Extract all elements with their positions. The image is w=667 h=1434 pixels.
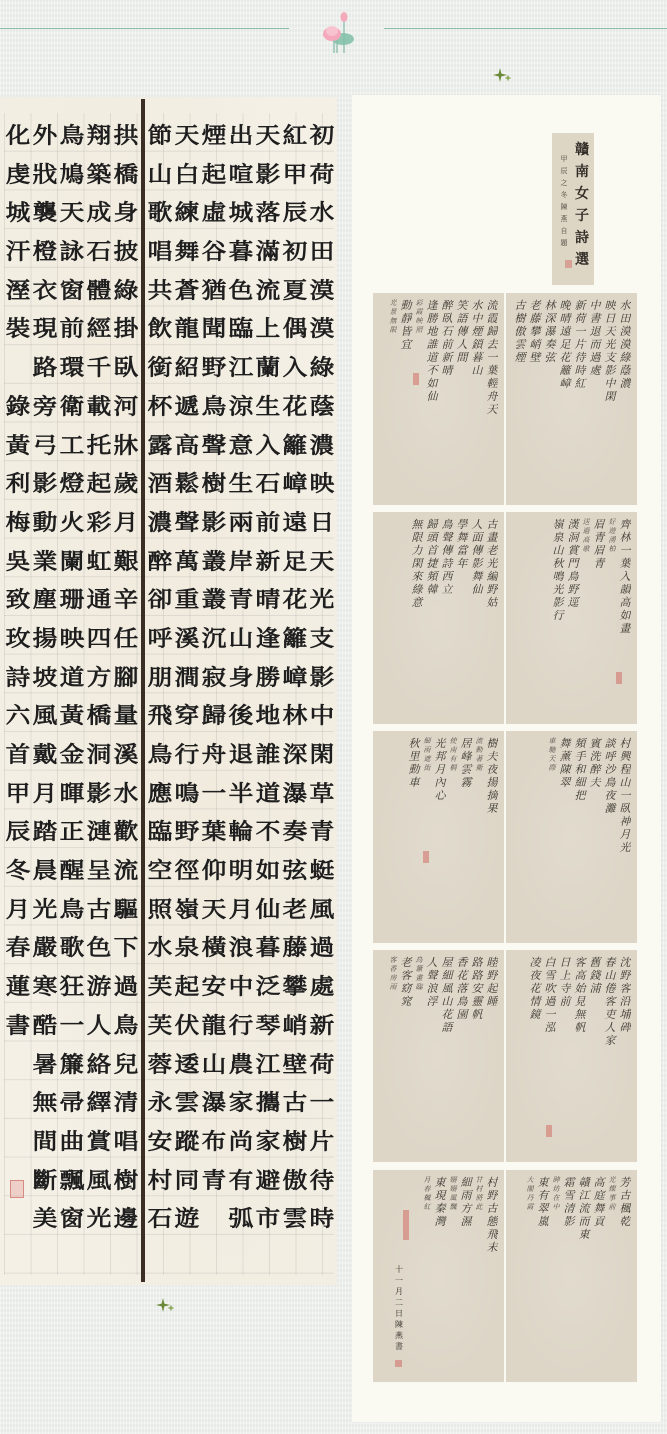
album-page-left: 流霞歸去一葉輕舟天水中煙鎖暮山笑語傳人間醉臥石前新晴逢勝地誰道不如仙彩霞映照動靜… xyxy=(373,293,504,505)
calligraphy-character: 月 xyxy=(229,891,254,930)
calligraphy-character: 徑 xyxy=(175,852,200,891)
album-page-right: 芳古楓乾光燦事前高庭舞貢贛江流而東霜雪清影碑坊在中東有翠嵐大閣丹霞 xyxy=(506,1170,637,1382)
cursive-text-column: 芳古楓乾 xyxy=(619,1176,631,1376)
red-seal-stamp xyxy=(10,1180,24,1198)
cursive-text-column: 東現秦灣 xyxy=(434,1176,446,1376)
cursive-text-column: 客香房雨 xyxy=(389,956,397,1156)
calligraphy-character: 光 xyxy=(87,1200,112,1239)
calligraphy-character: 江 xyxy=(256,1046,281,1085)
cursive-text-column: 霜雪清影 xyxy=(563,1176,575,1376)
calligraphy-character: 體 xyxy=(87,272,112,311)
title-label-strip: 贛南女子詩選 甲辰之冬陳燕自題 xyxy=(552,133,594,285)
calligraphy-character: 化 xyxy=(6,117,31,156)
calligraphy-character: 襲 xyxy=(33,194,58,233)
calligraphy-character: 賞 xyxy=(87,1123,112,1162)
calligraphy-character: 壁 xyxy=(283,1046,308,1085)
calligraphy-character: 煙 xyxy=(202,117,227,156)
calligraphy-character: 中 xyxy=(229,968,254,1007)
calligraphy-character: 拱 xyxy=(114,117,139,156)
cursive-text-column: 醉臥石前新晴 xyxy=(441,299,453,499)
poem-columns-left-section: 拱橋身披綠掛臥河牀歲月艱辛任腳量溪水歡流驅下過鳥兒清唱樹邊 翔築成石體經千載托起… xyxy=(2,117,140,1239)
calligraphy-character: 攜 xyxy=(256,1084,281,1123)
calligraphy-character: 歡 xyxy=(114,813,139,852)
calligraphy-character: 流 xyxy=(114,852,139,891)
calligraphy-character: 逶 xyxy=(175,1046,200,1085)
calligraphy-character: 空 xyxy=(148,852,173,891)
calligraphy-character: 遊 xyxy=(175,1200,200,1239)
calligraphy-character: 光 xyxy=(33,891,58,930)
red-seal-stamp xyxy=(413,373,419,385)
calligraphy-character: 鳥 xyxy=(60,891,85,930)
text-column: 天影落滿流上蘭生入石前新晴逢勝地誰道不如仙暮泛琴江攜家避市 xyxy=(255,117,282,1239)
cursive-text-column: 嶺泉山秋鳴光影行 xyxy=(552,518,564,718)
album-page-left: 睦野起睡路路安靈帆香花落鳥園屋細風山花語人聲浪浮鳥簫畫臨老客窈窕客香房雨 xyxy=(373,950,504,1162)
calligraphy-character: 辰 xyxy=(6,813,31,852)
cursive-text-column: 流霞歸去一葉輕舟天 xyxy=(486,299,498,499)
calligraphy-character: 照 xyxy=(148,891,173,930)
calligraphy-character: 鳴 xyxy=(175,775,200,814)
calligraphy-character: 傲 xyxy=(283,1162,308,1201)
calligraphy-character: 尚 xyxy=(229,1123,254,1162)
cursive-text-column: 凌夜花情鏡 xyxy=(529,956,541,1156)
calligraphy-character: 行 xyxy=(175,736,200,775)
calligraphy-character: 雲 xyxy=(175,1084,200,1123)
calligraphy-character: 退 xyxy=(229,736,254,775)
cursive-text-column: 月春楓紅 xyxy=(423,1176,431,1376)
calligraphy-character: 生 xyxy=(256,388,281,427)
calligraphy-character: 溪 xyxy=(175,620,200,659)
red-seal-stamp xyxy=(423,851,429,863)
calligraphy-character: 城 xyxy=(229,194,254,233)
cursive-text-column: 好遊湧柏 xyxy=(608,518,616,718)
calligraphy-character: 待 xyxy=(310,1162,335,1201)
calligraphy-character: 唱 xyxy=(148,233,173,272)
text-column: 紅甲辰初夏偶入花籬嶂遠足花籬嶂林深瀑奏弦老藤攀峭壁古樹傲雲 xyxy=(282,117,309,1239)
cursive-text-column: 細雨方濕 xyxy=(460,1176,472,1376)
album-row-2: 古畫老光編野姑人面傳影舞仙學舞當年鳥聲傳詩西立歸頭首捷頻韓無限力閑來綠意 齊林一… xyxy=(373,512,637,724)
calligraphy-character: 蒼 xyxy=(175,272,200,311)
calligraphy-character: 支 xyxy=(310,620,335,659)
album-page-right: 齊林一葉入韻高如畫好遊湧柏眉青眉青送過高歌漢洞賞門鳥野逕嶺泉山秋鳴光影行 xyxy=(506,512,637,724)
calligraphy-character: 高 xyxy=(175,427,200,466)
cursive-text-column: 村興程山一臥神月光 xyxy=(619,737,631,937)
calligraphy-character: 錄 xyxy=(6,388,31,427)
calligraphy-character: 晴 xyxy=(256,581,281,620)
calligraphy-character: 冬 xyxy=(6,852,31,891)
cursive-text-column: 沈野客沿埔碑 xyxy=(619,956,631,1156)
calligraphy-character: 如 xyxy=(256,852,281,891)
calligraphy-character: 窗 xyxy=(60,272,85,311)
calligraphy-character: 沉 xyxy=(202,620,227,659)
cursive-text-column: 屋細風山花語 xyxy=(441,956,453,1156)
cursive-text-column: 車馳天際 xyxy=(548,737,556,937)
calligraphy-character: 影 xyxy=(310,659,335,698)
calligraphy-character: 水 xyxy=(114,775,139,814)
red-seal-stamp xyxy=(395,1360,402,1367)
red-seal-stamp xyxy=(403,1210,409,1240)
calligraphy-character: 山 xyxy=(229,620,254,659)
calligraphy-character: 家 xyxy=(229,1084,254,1123)
calligraphy-character: 唱 xyxy=(114,1123,139,1162)
calligraphy-character: 虹 xyxy=(87,543,112,582)
cursive-text-column: 春山倦客吏人家 xyxy=(604,956,616,1156)
calligraphy-character: 影 xyxy=(202,504,227,543)
calligraphy-character: 浪 xyxy=(229,929,254,968)
calligraphy-character: 衛 xyxy=(60,388,85,427)
cursive-text-column: 齊林一葉入韻高如畫 xyxy=(619,518,631,718)
calligraphy-character: 夏 xyxy=(283,272,308,311)
calligraphy-character: 虔 xyxy=(6,156,31,195)
calligraphy-character: 避 xyxy=(256,1162,281,1201)
cursive-text-column: 村野古態飛末 xyxy=(486,1176,498,1376)
calligraphy-character: 橋 xyxy=(114,156,139,195)
calligraphy-character: 入 xyxy=(283,349,308,388)
header-divider-right xyxy=(384,28,667,29)
cursive-text-column: 頻手和細把 xyxy=(574,737,586,937)
calligraphy-character: 荷 xyxy=(310,156,335,195)
calligraphy-character: 滿 xyxy=(256,233,281,272)
calligraphy-character: 蔭 xyxy=(310,388,335,427)
calligraphy-character: 蘭 xyxy=(256,349,281,388)
red-seal-stamp xyxy=(616,672,622,684)
cursive-text-column: 映日天光支影中閑 xyxy=(604,299,616,499)
calligraphy-character: 醒 xyxy=(60,852,85,891)
calligraphy-character: 初 xyxy=(283,233,308,272)
calligraphy-character: 旁 xyxy=(33,388,58,427)
calligraphy-character: 蓉 xyxy=(148,1046,173,1085)
cursive-text-column: 新荷一片待時紅 xyxy=(574,299,586,499)
cursive-text-column: 古樹傲雲煙 xyxy=(514,299,526,499)
calligraphy-character: 經 xyxy=(87,310,112,349)
calligraphy-character: 綠 xyxy=(310,349,335,388)
calligraphy-character: 城 xyxy=(6,194,31,233)
calligraphy-character: 晨 xyxy=(33,852,58,891)
calligraphy-character: 綠 xyxy=(114,272,139,311)
calligraphy-character: 臥 xyxy=(114,349,139,388)
calligraphy-character: 工 xyxy=(60,427,85,466)
calligraphy-character: 天 xyxy=(256,117,281,156)
calligraphy-character: 萬 xyxy=(175,543,200,582)
calligraphy-character: 風 xyxy=(87,1162,112,1201)
cursive-text-column: 細雨遮街 xyxy=(423,737,431,937)
title-inscription: 甲辰之冬陳燕自題 xyxy=(559,153,569,249)
calligraphy-character: 弧 xyxy=(229,1200,254,1239)
calligraphy-character: 托 xyxy=(87,427,112,466)
calligraphy-character: 梅 xyxy=(6,504,31,543)
calligraphy-character: 瀑 xyxy=(283,775,308,814)
calligraphy-character: 青 xyxy=(202,1162,227,1201)
album-page-right: 村興程山一臥神月光談呼沙鳥夜灘賓洗醉夫頻手和細把舞薰陳翠車馳天際 xyxy=(506,731,637,943)
calligraphy-character: 臨 xyxy=(229,310,254,349)
calligraphy-character: 古 xyxy=(283,1084,308,1123)
calligraphy-character: 甲 xyxy=(283,156,308,195)
calligraphy-character: 簾 xyxy=(60,1046,85,1085)
calligraphy-character: 火 xyxy=(60,504,85,543)
calligraphy-character: 農 xyxy=(229,1046,254,1085)
calligraphy-character: 石 xyxy=(148,1200,173,1239)
calligraphy-character: 葉 xyxy=(202,813,227,852)
calligraphy-character: 天 xyxy=(310,543,335,582)
album-row-5: 村野古態飛末甘村將此細雨方濕嫋嫋風飄東現秦灣月春楓紅 十一月二日陳燕書 芳古楓乾… xyxy=(373,1170,637,1382)
calligraphy-character: 市 xyxy=(256,1200,281,1239)
calligraphy-character: 人 xyxy=(87,1007,112,1046)
calligraphy-character: 花 xyxy=(283,388,308,427)
calligraphy-character: 首 xyxy=(6,736,31,775)
calligraphy-character: 珊 xyxy=(60,581,85,620)
album-row-1: 流霞歸去一葉輕舟天水中煙鎖暮山笑語傳人間醉臥石前新晴逢勝地誰道不如仙彩霞映照動靜… xyxy=(373,293,637,505)
calligraphy-character: 逢 xyxy=(256,620,281,659)
cursive-text-column: 彩霞映照 xyxy=(415,299,423,499)
calligraphy-character: 泉 xyxy=(175,929,200,968)
calligraphy-character: 銜 xyxy=(148,349,173,388)
calligraphy-character: 歌 xyxy=(148,194,173,233)
cursive-text-column: 流動著衛 xyxy=(475,737,483,937)
cursive-text-column: 使南有桐 xyxy=(449,737,457,937)
calligraphy-character: 映 xyxy=(60,620,85,659)
calligraphy-character: 遠 xyxy=(283,504,308,543)
calligraphy-character: 揚 xyxy=(33,620,58,659)
calligraphy-character: 鳥 xyxy=(60,117,85,156)
calligraphy-character: 永 xyxy=(148,1084,173,1123)
calligraphy-character: 天 xyxy=(175,117,200,156)
calligraphy-character: 上 xyxy=(256,310,281,349)
calligraphy-character: 同 xyxy=(175,1162,200,1201)
calligraphy-character: 驅 xyxy=(114,891,139,930)
calligraphy-character: 出 xyxy=(229,117,254,156)
calligraphy-character: 鳥 xyxy=(148,736,173,775)
cursive-text-column: 水田漠漠綠蔭濃 xyxy=(619,299,631,499)
calligraphy-character: 村 xyxy=(148,1162,173,1201)
calligraphy-character: 洞 xyxy=(87,736,112,775)
calligraphy-character: 共 xyxy=(148,272,173,311)
sparkle-icon xyxy=(493,68,511,82)
cursive-text-column: 客高始見無帆 xyxy=(574,956,586,1156)
calligraphy-character: 猶 xyxy=(202,272,227,311)
cursive-text-column: 嫋嫋風飄 xyxy=(449,1176,457,1376)
calligraphy-character: 方 xyxy=(87,659,112,698)
calligraphy-character: 嶂 xyxy=(283,659,308,698)
calligraphy-character: 蹤 xyxy=(175,1123,200,1162)
clerical-script-scroll: 初荷水田漠漠綠蔭濃映日天光支影中閑草青蜓風過處新荷一片待時 紅甲辰初夏偶入花籬嶂… xyxy=(0,97,337,1285)
calligraphy-character: 前 xyxy=(256,504,281,543)
calligraphy-character: 清 xyxy=(114,1084,139,1123)
text-column: 初荷水田漠漠綠蔭濃映日天光支影中閑草青蜓風過處新荷一片待時 xyxy=(309,117,336,1239)
calligraphy-character: 草 xyxy=(310,775,335,814)
calligraphy-character: 虛 xyxy=(202,194,227,233)
text-column: 外戕襲橙衣現路旁弓影動業塵揚坡風戴月踏晨光嚴寒酷暑無間斷美 xyxy=(32,117,59,1239)
calligraphy-character: 日 xyxy=(310,504,335,543)
calligraphy-character: 寂 xyxy=(202,659,227,698)
calligraphy-character: 掛 xyxy=(114,310,139,349)
vertical-divider-rule xyxy=(141,99,145,1282)
calligraphy-character: 叢 xyxy=(202,581,227,620)
cursive-text-column: 賓洗醉夫 xyxy=(589,737,601,937)
calligraphy-character: 書 xyxy=(6,1007,31,1046)
cursive-text-column: 人面傳影舞仙 xyxy=(471,518,483,718)
calligraphy-character: 映 xyxy=(310,465,335,504)
calligraphy-character: 溼 xyxy=(6,272,31,311)
calligraphy-character: 黃 xyxy=(60,697,85,736)
calligraphy-character: 聲 xyxy=(202,427,227,466)
cursive-text-column: 歸頭首捷頻韓 xyxy=(426,518,438,718)
cursive-text-column: 無限力閑來綠意 xyxy=(411,518,423,718)
calligraphy-character: 杯 xyxy=(148,388,173,427)
calligraphy-character: 荷 xyxy=(310,1046,335,1085)
calligraphy-character: 過 xyxy=(114,968,139,1007)
calligraphy-character: 半 xyxy=(229,775,254,814)
calligraphy-character: 穿 xyxy=(175,697,200,736)
text-column: 煙起虛谷猶聞野鳥聲樹影叢叢沉寂歸舟一葉仰天橫安龍山瀑布青 xyxy=(201,117,228,1239)
cursive-text-column: 動靜皆宜 xyxy=(400,299,412,499)
calligraphy-character: 琴 xyxy=(256,1007,281,1046)
calligraphy-character: 橋 xyxy=(87,697,112,736)
calligraphy-character: 呼 xyxy=(148,620,173,659)
calligraphy-character: 芙 xyxy=(148,1007,173,1046)
calligraphy-character: 仰 xyxy=(202,852,227,891)
calligraphy-character: 月 xyxy=(33,775,58,814)
calligraphy-character: 漣 xyxy=(87,813,112,852)
calligraphy-character: 家 xyxy=(256,1123,281,1162)
cursive-text-column: 笑語傳人間 xyxy=(456,299,468,499)
calligraphy-character: 練 xyxy=(175,194,200,233)
album-row-4: 睦野起睡路路安靈帆香花落鳥園屋細風山花語人聲浪浮鳥簫畫臨老客窈窕客香房雨 沈野客… xyxy=(373,950,637,1162)
calligraphy-character: 地 xyxy=(256,697,281,736)
cursive-text-column: 老藤攀峭壁 xyxy=(529,299,541,499)
calligraphy-character: 布 xyxy=(202,1123,227,1162)
calligraphy-character: 環 xyxy=(60,349,85,388)
calligraphy-character: 鳥 xyxy=(114,1007,139,1046)
calligraphy-character: 動 xyxy=(33,504,58,543)
cursive-text-column: 光燦事前 xyxy=(608,1176,616,1376)
calligraphy-character: 兩 xyxy=(229,504,254,543)
calligraphy-character: 載 xyxy=(87,388,112,427)
calligraphy-character: 量 xyxy=(114,697,139,736)
calligraphy-character: 野 xyxy=(202,349,227,388)
calligraphy-character: 通 xyxy=(87,581,112,620)
calligraphy-character: 龍 xyxy=(175,310,200,349)
calligraphy-character: 芙 xyxy=(148,968,173,1007)
calligraphy-character: 起 xyxy=(87,465,112,504)
cursive-text-column: 香花落鳥園 xyxy=(456,956,468,1156)
calligraphy-character: 古 xyxy=(87,891,112,930)
calligraphy-character: 翔 xyxy=(87,117,112,156)
calligraphy-character: 水 xyxy=(310,194,335,233)
calligraphy-character: 影 xyxy=(256,156,281,195)
cursive-album-mount: 贛南女子詩選 甲辰之冬陳燕自題 流霞歸去一葉輕舟天水中煙鎖暮山笑語傳人間醉臥石前… xyxy=(352,95,661,1422)
calligraphy-character: 正 xyxy=(60,813,85,852)
red-seal-stamp xyxy=(565,260,572,268)
red-seal-stamp xyxy=(546,1125,552,1137)
cursive-text-column: 古畫老光編野姑 xyxy=(486,518,498,718)
cursive-text-column: 逢勝地誰道不如仙 xyxy=(426,299,438,499)
calligraphy-character: 月 xyxy=(114,504,139,543)
calligraphy-character: 行 xyxy=(229,1007,254,1046)
calligraphy-character: 兒 xyxy=(114,1046,139,1085)
calligraphy-character: 舟 xyxy=(202,736,227,775)
calligraphy-character: 一 xyxy=(310,1084,335,1123)
calligraphy-character: 美 xyxy=(33,1200,58,1239)
calligraphy-character: 腳 xyxy=(114,659,139,698)
calligraphy-character: 風 xyxy=(33,697,58,736)
calligraphy-character: 新 xyxy=(310,1007,335,1046)
calligraphy-character: 月 xyxy=(6,891,31,930)
calligraphy-character: 流 xyxy=(256,272,281,311)
calligraphy-character: 石 xyxy=(256,465,281,504)
calligraphy-character: 澗 xyxy=(175,659,200,698)
calligraphy-character: 戴 xyxy=(33,736,58,775)
calligraphy-character: 節 xyxy=(148,117,173,156)
calligraphy-character: 深 xyxy=(283,736,308,775)
calligraphy-character: 老 xyxy=(283,891,308,930)
calligraphy-character: 酒 xyxy=(148,465,173,504)
calligraphy-character: 金 xyxy=(60,736,85,775)
cursive-text-column: 日上寺前 xyxy=(559,956,571,1156)
calligraphy-character: 燈 xyxy=(60,465,85,504)
calligraphy-character: 漠 xyxy=(310,310,335,349)
calligraphy-character: 寒 xyxy=(33,968,58,1007)
cursive-text-column: 林深瀑奏弦 xyxy=(544,299,556,499)
cursive-text-column: 贛江流而東 xyxy=(578,1176,590,1376)
calligraphy-character: 野 xyxy=(175,813,200,852)
calligraphy-character: 安 xyxy=(202,968,227,1007)
calligraphy-character: 勝 xyxy=(256,659,281,698)
calligraphy-character: 黃 xyxy=(6,427,31,466)
cursive-text-column: 甘村將此 xyxy=(475,1176,483,1376)
calligraphy-character: 河 xyxy=(114,388,139,427)
cursive-text-column: 碑坊在中 xyxy=(552,1176,560,1376)
cursive-text-column: 大閣丹霞 xyxy=(526,1176,534,1376)
calligraphy-character: 鳩 xyxy=(60,156,85,195)
calligraphy-character: 水 xyxy=(148,929,173,968)
calligraphy-character: 狂 xyxy=(60,968,85,1007)
calligraphy-character xyxy=(14,349,23,388)
calligraphy-character: 蜓 xyxy=(310,852,335,891)
calligraphy-character: 不 xyxy=(256,813,281,852)
calligraphy-character: 闌 xyxy=(60,543,85,582)
calligraphy-character: 入 xyxy=(256,427,281,466)
calligraphy-character: 光 xyxy=(310,581,335,620)
calligraphy-character: 外 xyxy=(33,117,58,156)
calligraphy-character: 呈 xyxy=(87,852,112,891)
calligraphy-character: 酷 xyxy=(33,1007,58,1046)
calligraphy-character: 帚 xyxy=(60,1084,85,1123)
header-divider-left xyxy=(0,28,289,29)
calligraphy-character: 披 xyxy=(114,233,139,272)
calligraphy-character: 暮 xyxy=(229,233,254,272)
calligraphy-character: 辛 xyxy=(114,581,139,620)
calligraphy-character: 重 xyxy=(175,581,200,620)
calligraphy-character: 喧 xyxy=(229,156,254,195)
calligraphy-character: 樹 xyxy=(283,1123,308,1162)
text-column: 翔築成石體經千載托起彩虹通四方橋洞影漣呈古色游人絡繹賞風光 xyxy=(86,117,113,1239)
cursive-text-column: 眉青眉青 xyxy=(593,518,605,718)
calligraphy-character: 山 xyxy=(148,156,173,195)
calligraphy-character: 起 xyxy=(202,156,227,195)
calligraphy-character: 飄 xyxy=(60,1162,85,1201)
calligraphy-character: 紅 xyxy=(283,117,308,156)
calligraphy-character: 四 xyxy=(87,620,112,659)
calligraphy-character: 舞 xyxy=(175,233,200,272)
lotus-icon xyxy=(316,6,364,54)
calligraphy-character: 誰 xyxy=(256,736,281,775)
calligraphy-character: 時 xyxy=(310,1200,335,1239)
calligraphy-character: 仙 xyxy=(256,891,281,930)
calligraphy-character: 安 xyxy=(148,1123,173,1162)
calligraphy-character: 片 xyxy=(310,1123,335,1162)
calligraphy-character: 聞 xyxy=(202,310,227,349)
cursive-text-column: 水中煙鎖暮山 xyxy=(471,299,483,499)
poem-columns-right-section: 初荷水田漠漠綠蔭濃映日天光支影中閑草青蜓風過處新荷一片待時 紅甲辰初夏偶入花籬嶂… xyxy=(146,117,336,1239)
